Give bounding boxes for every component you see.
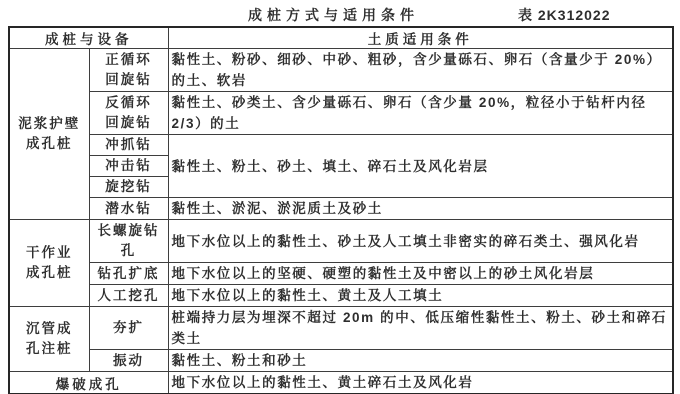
document-header: 成桩方式与适用条件 表 2K312022 <box>0 0 680 26</box>
table-number: 表 2K312022 <box>518 5 611 25</box>
table-row: 爆破成孔 地下水位以上的黏性土、黄土碎石土及风化岩 <box>9 372 673 394</box>
group-name-line: 泥浆护壁 <box>10 114 89 134</box>
condition-cell: 黏性土、砂类土、含少量砾石、卵石（含少量 20%，粒径小于钻杆内径 2/3）的土 <box>168 92 673 135</box>
table-row: 潜水钻 黏性土、淤泥、淤泥质土及砂土 <box>9 198 673 220</box>
table-row: 冲抓钻 黏性土、粉土、砂土、填土、碎石土及风化岩层 <box>9 135 673 156</box>
condition-cell: 黏性土、粉土、砂土、填土、碎石土及风化岩层 <box>168 135 673 198</box>
group-cell-dry-operation: 干作业 成孔桩 <box>9 220 89 307</box>
method-cell: 潜水钻 <box>89 198 168 220</box>
page-title: 成桩方式与适用条件 <box>248 5 419 25</box>
method-cell: 旋挖钻 <box>89 177 168 198</box>
method-label-line: 孔 <box>90 241 168 261</box>
group-name-line: 沉管成 <box>10 319 89 339</box>
method-cell: 长螺旋钻 孔 <box>89 220 168 263</box>
group-cell-slurry-wall: 泥浆护壁 成孔桩 <box>9 49 89 220</box>
method-label-line: 回旋钻 <box>90 70 168 90</box>
method-cell: 反循环 回旋钻 <box>89 92 168 135</box>
table-row: 沉管成 孔注桩 夯扩 桩端持力层为埋深不超过 20m 的中、低压缩性黏性土、粉土… <box>9 307 673 350</box>
condition-cell: 黏性土、粉土和砂土 <box>168 350 673 372</box>
header-condition: 土质适用条件 <box>168 27 673 49</box>
method-cell: 振动 <box>89 350 168 372</box>
table-row: 人工挖孔 地下水位以上的黏性土、黄土及人工填土 <box>9 285 673 307</box>
condition-cell: 桩端持力层为埋深不超过 20m 的中、低压缩性黏性土、粉土、砂土和碎石类土 <box>168 307 673 350</box>
group-name-line: 干作业 <box>10 243 89 263</box>
group-name-line: 成孔桩 <box>10 134 89 154</box>
table-header-row: 成桩与设备 土质适用条件 <box>9 27 673 49</box>
table-row: 钻孔扩底 地下水位以上的坚硬、硬塑的黏性土及中密以上的砂土风化岩层 <box>9 263 673 285</box>
condition-cell: 黏性土、粉砂、细砂、中砂、粗砂，含少量砾石、卵石（含量少于 20%）的土、软岩 <box>168 49 673 92</box>
method-label-line: 回旋钻 <box>90 113 168 133</box>
method-cell: 人工挖孔 <box>89 285 168 307</box>
method-cell: 钻孔扩底 <box>89 263 168 285</box>
table-row: 反循环 回旋钻 黏性土、砂类土、含少量砾石、卵石（含少量 20%，粒径小于钻杆内… <box>9 92 673 135</box>
method-cell: 正循环 回旋钻 <box>89 49 168 92</box>
group-name-line: 孔注桩 <box>10 339 89 359</box>
header-equipment: 成桩与设备 <box>9 27 168 49</box>
method-cell: 冲抓钻 <box>89 135 168 156</box>
method-cell: 夯扩 <box>89 307 168 350</box>
group-name-line: 成孔桩 <box>10 263 89 283</box>
condition-cell: 地下水位以上的黏性土、黄土及人工填土 <box>168 285 673 307</box>
method-cell: 冲击钻 <box>89 156 168 177</box>
method-label-line: 正循环 <box>90 50 168 70</box>
group-cell-sinking-pipe: 沉管成 孔注桩 <box>9 307 89 372</box>
table-row: 泥浆护壁 成孔桩 正循环 回旋钻 黏性土、粉砂、细砂、中砂、粗砂，含少量砾石、卵… <box>9 49 673 92</box>
pile-methods-table: 成桩与设备 土质适用条件 泥浆护壁 成孔桩 正循环 回旋钻 黏性土、粉砂、细砂、… <box>8 26 674 394</box>
condition-cell: 地下水位以上的黏性土、砂土及人工填土非密实的碎石类土、强风化岩 <box>168 220 673 263</box>
method-label-line: 长螺旋钻 <box>90 221 168 241</box>
group-cell-blasting: 爆破成孔 <box>9 372 168 394</box>
method-label-line: 反循环 <box>90 93 168 113</box>
table-row: 振动 黏性土、粉土和砂土 <box>9 350 673 372</box>
table-row: 干作业 成孔桩 长螺旋钻 孔 地下水位以上的黏性土、砂土及人工填土非密实的碎石类… <box>9 220 673 263</box>
condition-cell: 黏性土、淤泥、淤泥质土及砂土 <box>168 198 673 220</box>
condition-cell: 地下水位以上的坚硬、硬塑的黏性土及中密以上的砂土风化岩层 <box>168 263 673 285</box>
condition-cell: 地下水位以上的黏性土、黄土碎石土及风化岩 <box>168 372 673 394</box>
